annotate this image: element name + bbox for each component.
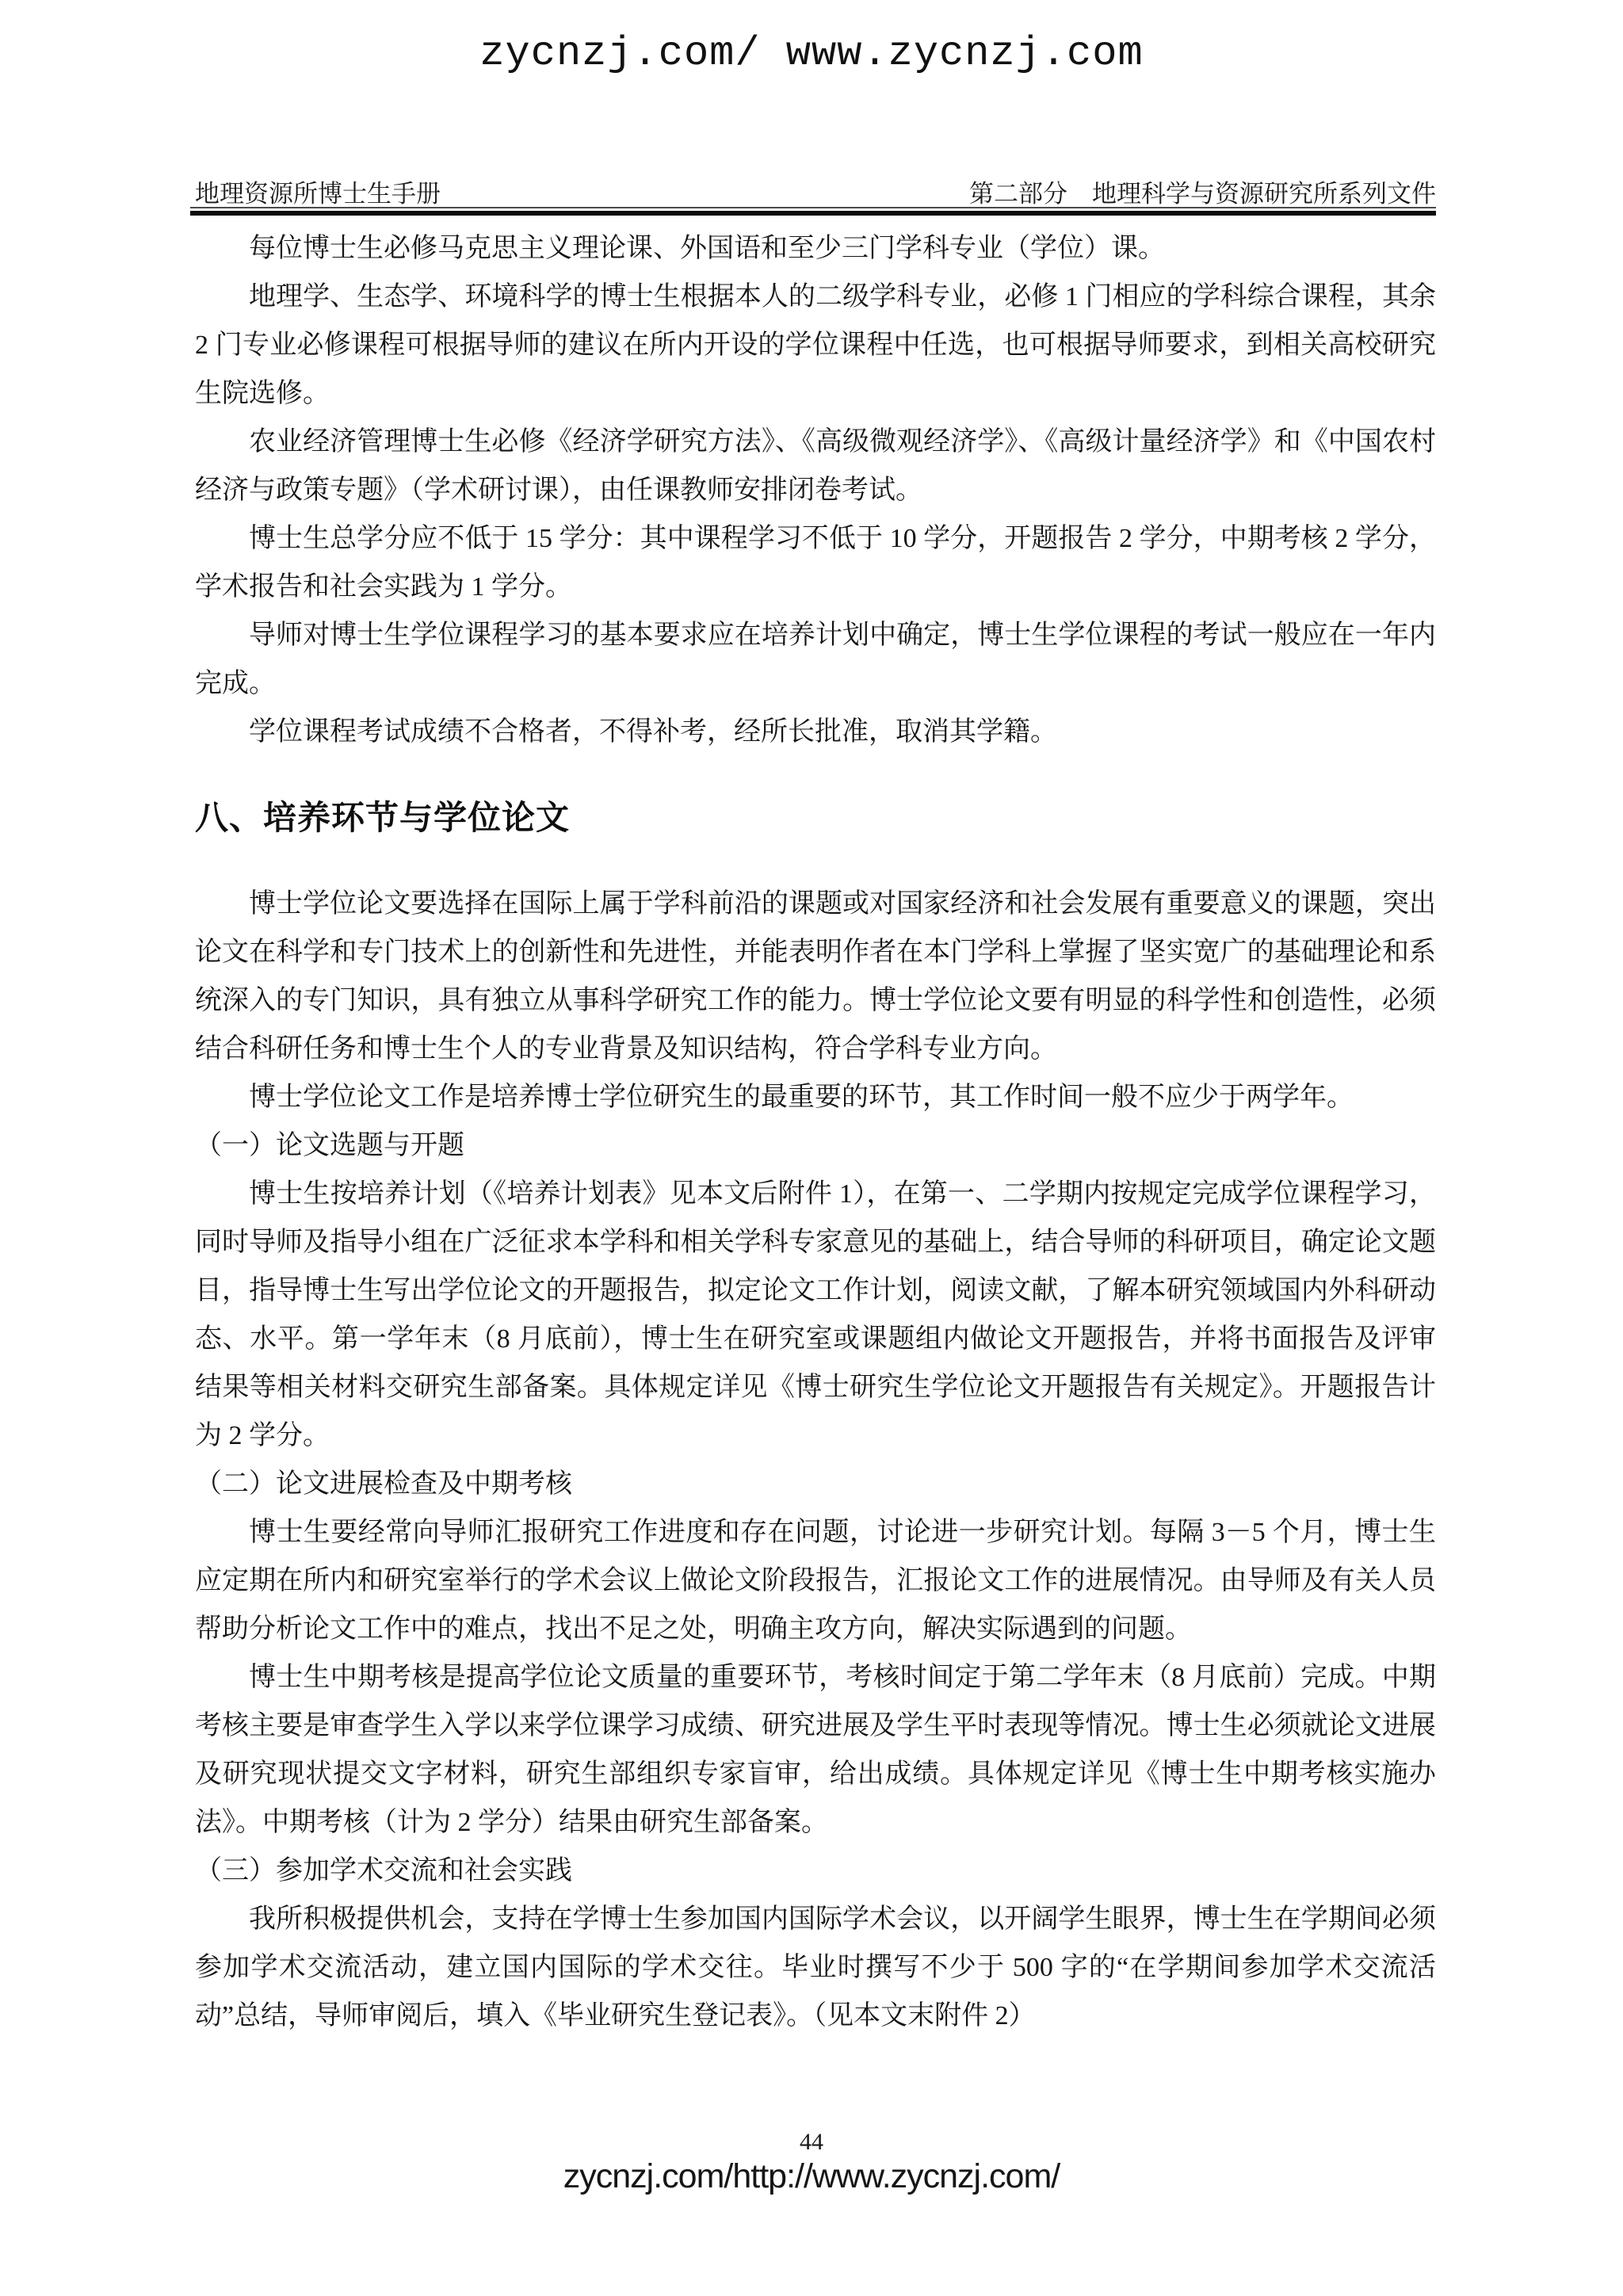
watermark-top: zycnzj.com/ www.zycnzj.com	[0, 30, 1623, 77]
watermark-bottom: zycnzj.com/http://www.zycnzj.com/	[0, 2157, 1623, 2196]
paragraph: 博士生中期考核是提高学位论文质量的重要环节，考核时间定于第二学年末（8 月底前）…	[195, 1653, 1436, 1847]
paragraph: 博士学位论文工作是培养博士学位研究生的最重要的环节，其工作时间一般不应少于两学年…	[195, 1073, 1436, 1121]
paragraph: 每位博士生必修马克思主义理论课、外国语和至少三门学科专业（学位）课。	[195, 224, 1436, 273]
paragraph: 我所积极提供机会，支持在学博士生参加国内国际学术会议，以开阔学生眼界，博士生在学…	[195, 1895, 1436, 2040]
sub-heading: （三）参加学术交流和社会实践	[195, 1847, 1436, 1895]
intro-paragraphs: 每位博士生必修马克思主义理论课、外国语和至少三门学科专业（学位）课。地理学、生态…	[195, 224, 1436, 756]
paragraph: 学位课程考试成绩不合格者，不得补考，经所长批准，取消其学籍。	[195, 708, 1436, 756]
section-paragraphs: 博士学位论文要选择在国际上属于学科前沿的课题或对国家经济和社会发展有重要意义的课…	[195, 880, 1436, 2040]
section-heading: 八、培养环节与学位论文	[195, 797, 1436, 839]
header-rule	[190, 207, 1436, 216]
paragraph: 博士生要经常向导师汇报研究工作进度和存在问题，讨论进一步研究计划。每隔 3－5 …	[195, 1508, 1436, 1653]
sub-heading: （二）论文进展检查及中期考核	[195, 1460, 1436, 1508]
page-header: 地理资源所博士生手册 第二部分 地理科学与资源研究所系列文件	[195, 174, 1436, 209]
paragraph: 博士生总学分应不低于 15 学分：其中课程学习不低于 10 学分，开题报告 2 …	[195, 514, 1436, 611]
header-right-text: 第二部分 地理科学与资源研究所系列文件	[969, 174, 1436, 209]
sub-heading: （一）论文选题与开题	[195, 1121, 1436, 1170]
paragraph: 地理学、生态学、环境科学的博士生根据本人的二级学科专业，必修 1 门相应的学科综…	[195, 273, 1436, 418]
paragraph: 博士学位论文要选择在国际上属于学科前沿的课题或对国家经济和社会发展有重要意义的课…	[195, 880, 1436, 1073]
paragraph: 博士生按培养计划（《培养计划表》见本文后附件 1），在第一、二学期内按规定完成学…	[195, 1170, 1436, 1460]
document-page: zycnzj.com/ www.zycnzj.com 地理资源所博士生手册 第二…	[0, 0, 1623, 2296]
paragraph: 农业经济管理博士生必修《经济学研究方法》、《高级微观经济学》、《高级计量经济学》…	[195, 418, 1436, 514]
document-body: 每位博士生必修马克思主义理论课、外国语和至少三门学科专业（学位）课。地理学、生态…	[195, 224, 1436, 2040]
page-number: 44	[0, 2129, 1623, 2156]
header-left-text: 地理资源所博士生手册	[195, 174, 441, 209]
paragraph: 导师对博士生学位课程学习的基本要求应在培养计划中确定，博士生学位课程的考试一般应…	[195, 611, 1436, 708]
